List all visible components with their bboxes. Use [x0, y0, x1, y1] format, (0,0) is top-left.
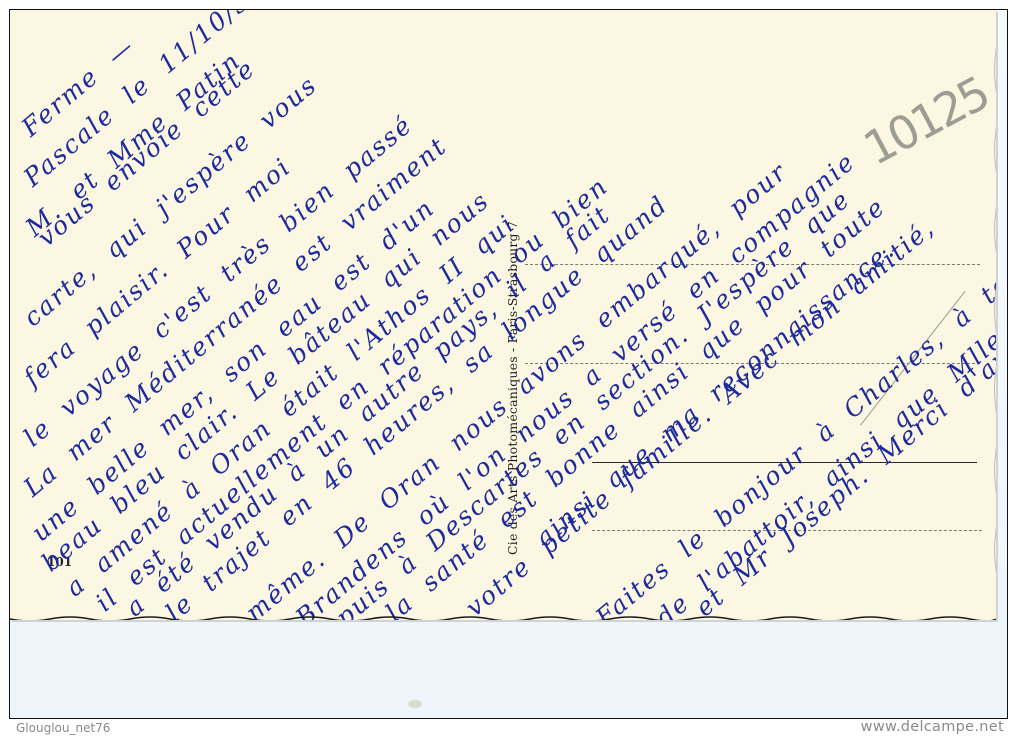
- card-deckled-edge-right: [992, 10, 996, 620]
- site-watermark[interactable]: www.delcampe.net: [861, 719, 1004, 735]
- scan-frame: Cie des Arts Photomécaniques - Paris-Str…: [9, 9, 1008, 719]
- card-deckled-edge-bottom: [10, 616, 996, 620]
- uploader-name: Glouglou_net76: [16, 721, 110, 735]
- pencil-inventory-number: 10125: [855, 66, 996, 175]
- postcard-back: Cie des Arts Photomécaniques - Paris-Str…: [10, 10, 996, 620]
- scanner-dust-speck: [408, 700, 422, 708]
